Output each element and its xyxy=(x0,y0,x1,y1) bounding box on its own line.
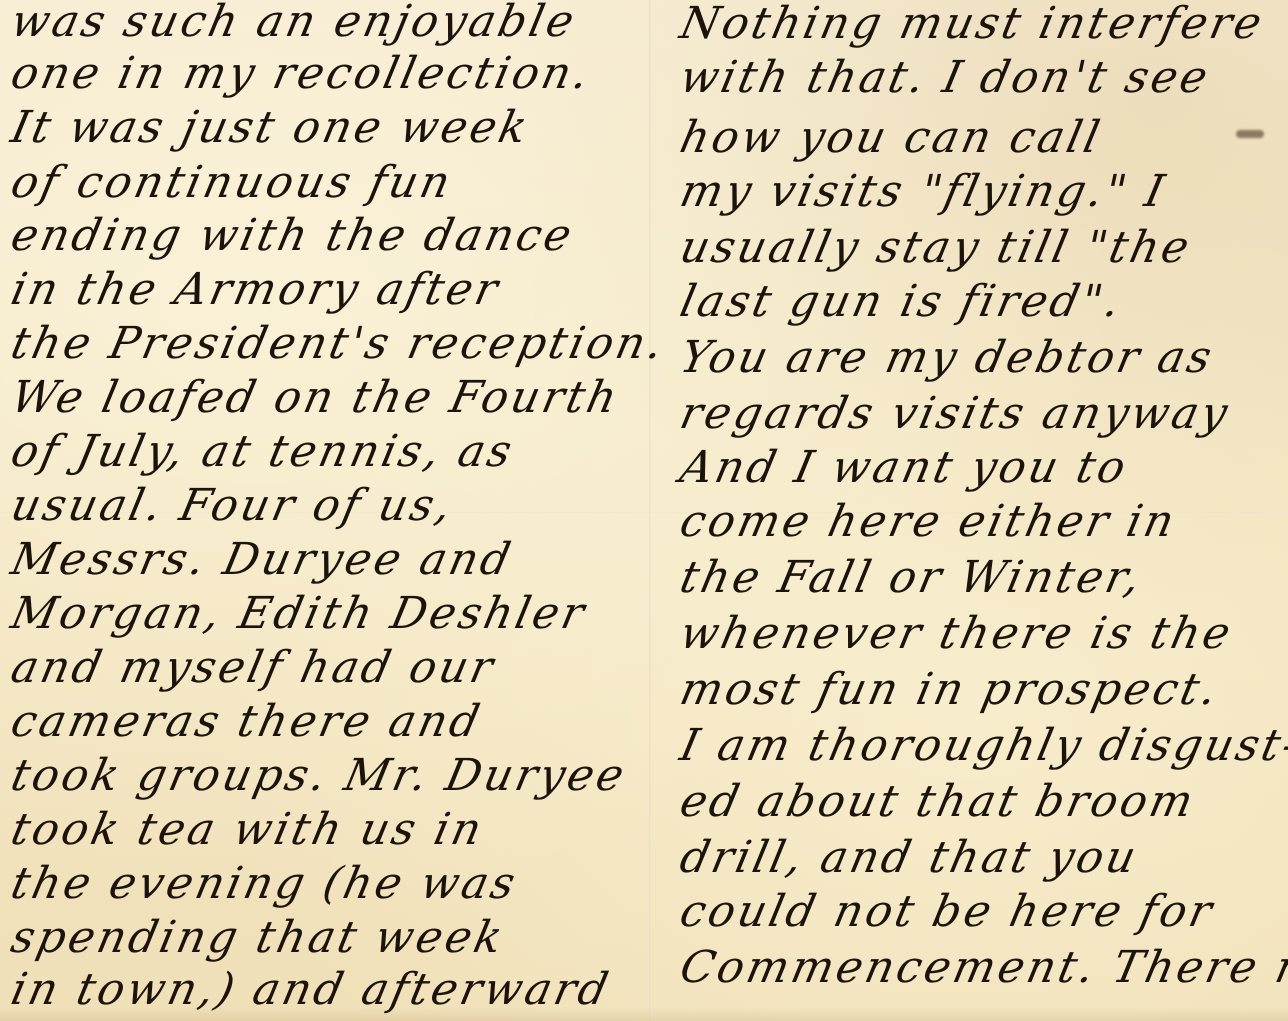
handwritten-line: ending with the dance xyxy=(0,208,579,264)
handwritten-line: was such an enjoyable xyxy=(0,0,582,50)
handwritten-line: took tea with us in xyxy=(0,802,489,858)
handwritten-line: with that. I don't see xyxy=(655,50,1215,106)
center-fold-crease xyxy=(649,0,651,1021)
handwritten-line: usual. Four of us, xyxy=(0,478,459,534)
handwritten-line: of continuous fun xyxy=(0,155,458,211)
handwritten-line: one in my recollection. xyxy=(0,46,596,102)
handwritten-line: in the Armory after xyxy=(0,262,506,318)
handwritten-line: and myself had our xyxy=(0,640,501,696)
handwritten-line: the evening (he was xyxy=(0,856,523,912)
handwritten-line: You are my debtor as xyxy=(655,330,1219,386)
handwritten-line: my visits "flying." I xyxy=(655,164,1172,220)
handwritten-line: of July, at tennis, as xyxy=(0,424,519,480)
handwritten-line: could not be here for xyxy=(655,884,1220,940)
handwritten-line: how you can call xyxy=(655,110,1107,166)
handwritten-line: Commencement. There never xyxy=(655,940,1288,996)
handwritten-line: whenever there is the xyxy=(655,606,1238,662)
handwritten-line: Nothing must interfere xyxy=(655,0,1269,52)
handwritten-line: I am thoroughly disgust- xyxy=(655,718,1288,774)
left-page: was such an enjoyable one in my recollec… xyxy=(0,0,648,1021)
handwritten-line: last gun is fired". xyxy=(655,274,1128,330)
right-page: Nothing must interfere with that. I don'… xyxy=(655,0,1288,1021)
letter-paper: was such an enjoyable one in my recollec… xyxy=(0,0,1288,1021)
handwritten-line: ed about that broom xyxy=(655,774,1201,830)
handwritten-line: Messrs. Duryee and xyxy=(0,532,518,588)
handwritten-line: in town,) and afterward xyxy=(0,962,616,1018)
handwritten-line: cameras there and xyxy=(0,694,487,750)
handwritten-line: regards visits anyway xyxy=(655,386,1235,442)
handwritten-line: And I want you to xyxy=(655,440,1133,496)
handwritten-line: most fun in prospect. xyxy=(655,662,1224,718)
handwritten-line: took groups. Mr. Duryee xyxy=(0,748,632,804)
handwritten-line: Morgan, Edith Deshler xyxy=(0,586,592,642)
handwritten-line: drill, and that you xyxy=(655,830,1144,886)
handwritten-line: We loafed on the Fourth xyxy=(0,370,625,426)
handwritten-line: come here either in xyxy=(655,494,1182,550)
handwritten-line: usually stay till "the xyxy=(655,220,1197,276)
handwritten-line: the Fall or Winter, xyxy=(655,550,1148,606)
handwritten-line: It was just one week xyxy=(0,100,535,156)
handwritten-line: the President's reception. xyxy=(0,316,671,372)
handwritten-line: spending that week xyxy=(0,910,510,966)
